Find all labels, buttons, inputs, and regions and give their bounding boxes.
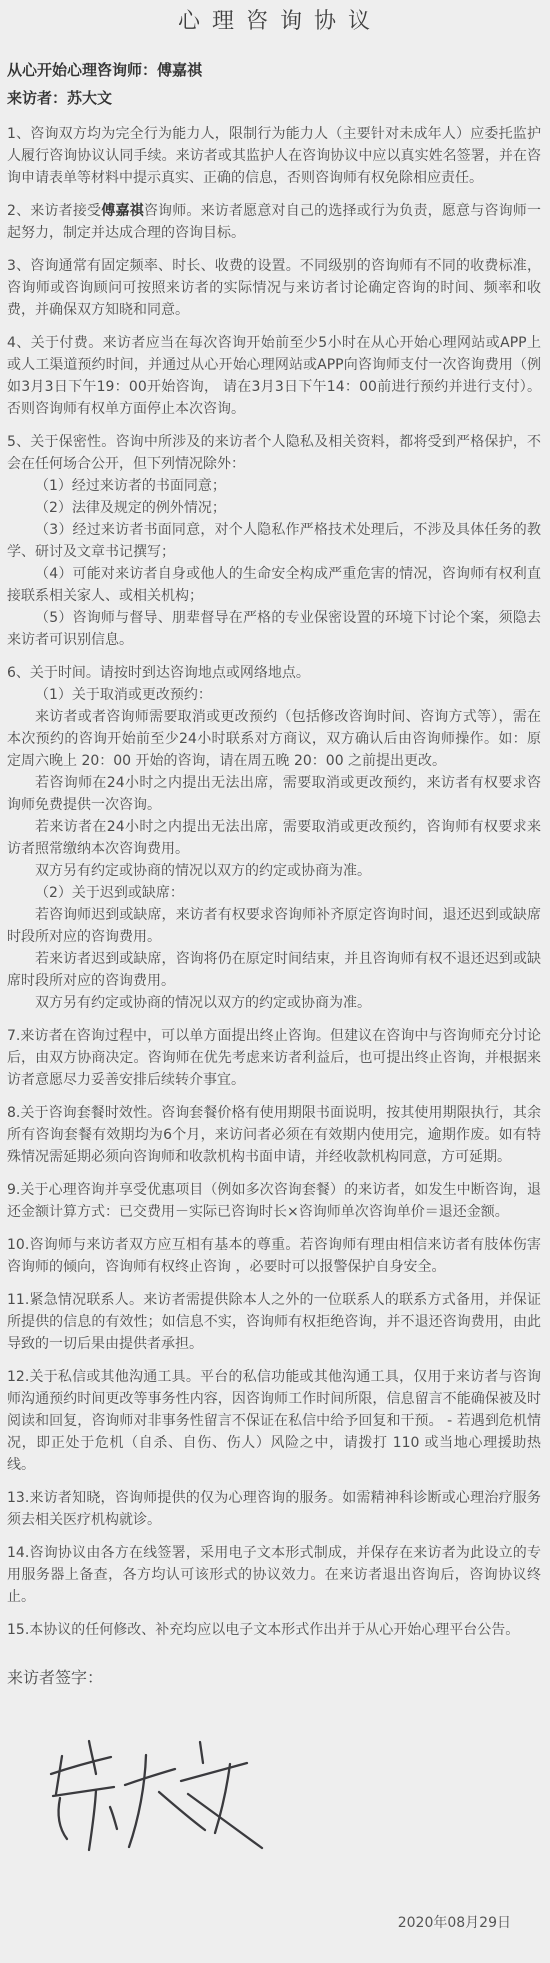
term-paragraph: 4、关于付费。来访者应当在每次咨询开始前至少5小时在从心开始心理网站或APP上或… (7, 332, 541, 420)
term-paragraph: 6、关于时间。请按时到达咨询地点或网络地点。 (7, 662, 541, 684)
visitor-label: 来访者： (7, 89, 67, 107)
visitor-signature-area (29, 1717, 309, 1877)
term-paragraph: 5、关于保密性。咨询中所涉及的来访者个人隐私及相关资料，都将受到严格保护，不会在… (7, 431, 541, 475)
signature-stroke (188, 1794, 262, 1848)
term-text: 7.来访者在咨询过程中，可以单方面提出终止咨询。但建议在咨询中与咨询师充分讨论后… (7, 1028, 541, 1088)
term-text: （5）咨询师与督导、朋辈督导在严格的专业保密设置的环境下讨论个案，须隐去来访者可… (7, 610, 541, 648)
term-text: 14.咨询协议由各方在线签署，采用电子文本形式制成，并保存在来访者为此设立的专用… (7, 1545, 541, 1605)
term-text: 2、来访者接受 (7, 203, 101, 219)
term-paragraph: （5）咨询师与督导、朋辈督导在严格的专业保密设置的环境下讨论个案，须隐去来访者可… (7, 607, 541, 651)
agreement-date: 2020年08月29日 (7, 1913, 541, 1933)
term-paragraph: 1、咨询双方均为完全行为能力人，限制行为能力人（主要针对未成年人）应委托监护人履… (7, 123, 541, 189)
term-text: （3）经过来访者书面同意，对个人隐私作严格技术处理后，不涉及具体任务的教学、研讨… (7, 522, 541, 560)
signature-stroke (89, 1790, 96, 1850)
term-text: 来访者或者咨询师需要取消或更改预约（包括修改咨询时间、咨询方式等），需在本次预约… (7, 709, 541, 769)
term-paragraph: 若咨询师迟到或缺席，来访者有权要求咨询师补齐原定咨询时间，退还迟到或缺席时段所对… (7, 904, 541, 948)
term-paragraph: 15.本协议的任何修改、补充均应以电子文本形式作出并于从心开始心理平台公告。 (7, 1619, 541, 1641)
term-text: 双方另有约定或协商的情况以双方的约定或协商为准。 (35, 863, 371, 879)
term-paragraph: 若咨询师在24小时之内提出无法出席，需要取消或更改预约，来访者有权要求咨询师免费… (7, 772, 541, 816)
term-paragraph: 10.咨询师与来访者双方应互相有基本的尊重。若咨询师有理由相信来访者有肢体伤害咨… (7, 1234, 541, 1278)
signature-stroke (125, 1769, 175, 1785)
term-paragraph: （1）经过来访者的书面同意； (7, 475, 541, 497)
term-paragraph: 11.紧急情况联系人。来访者需提供除本人之外的一位联系人的联系方式备用，并保证所… (7, 1289, 541, 1355)
signature-stroke (181, 1763, 247, 1781)
counselor-name: 傅嘉祺 (157, 61, 202, 79)
term-paragraph: 2、来访者接受傅嘉祺咨询师。来访者愿意对自己的选择或行为负责，愿意与咨询师一起努… (7, 200, 541, 244)
term-bold-text: 傅嘉祺 (101, 203, 144, 219)
term-text: 6、关于时间。请按时到达咨询地点或网络地点。 (7, 665, 310, 681)
visitor-signature-drawing (29, 1717, 309, 1877)
terms-list: 1、咨询双方均为完全行为能力人，限制行为能力人（主要针对未成年人）应委托监护人履… (7, 123, 541, 1641)
term-text: （2）法律及规定的例外情况； (35, 500, 226, 516)
term-paragraph: 双方另有约定或协商的情况以双方的约定或协商为准。 (7, 860, 541, 882)
counselor-line: 从心开始心理咨询师：傅嘉祺 (7, 56, 541, 84)
term-text: 若来访者在24小时之内提出无法出席，需要取消或更改预约，咨询师有权要求来访者照常… (7, 819, 541, 857)
term-paragraph: 12.关于私信或其他沟通工具。平台的私信功能或其他沟通工具，仅用于来访者与咨询师… (7, 1366, 541, 1476)
term-text: 5、关于保密性。咨询中所涉及的来访者个人隐私及相关资料，都将受到严格保护，不会在… (7, 434, 541, 472)
visitor-name: 苏大文 (67, 89, 112, 107)
signature-stroke (159, 1792, 205, 1830)
term-text: （1）经过来访者的书面同意； (35, 478, 226, 494)
term-paragraph: 若来访者在24小时之内提出无法出席，需要取消或更改预约，咨询师有权要求来访者照常… (7, 816, 541, 860)
signature-stroke (58, 1798, 67, 1839)
signature-stroke (129, 1755, 146, 1847)
term-text: 13.来访者知晓，咨询师提供的仅为心理咨询的服务。如需精神科诊断或心理治疗服务须… (7, 1490, 541, 1528)
term-paragraph: 双方另有约定或协商的情况以双方的约定或协商为准。 (7, 992, 541, 1014)
term-paragraph: 13.来访者知晓，咨询师提供的仅为心理咨询的服务。如需精神科诊断或心理治疗服务须… (7, 1487, 541, 1531)
term-text: 1、咨询双方均为完全行为能力人，限制行为能力人（主要针对未成年人）应委托监护人履… (7, 126, 541, 186)
term-text: 8.关于咨询套餐时效性。咨询套餐价格有使用期限书面说明，按其使用期限执行，其余所… (7, 1105, 541, 1165)
counselor-label: 从心开始心理咨询师： (7, 61, 157, 79)
term-text: 双方另有约定或协商的情况以双方的约定或协商为准。 (35, 995, 371, 1011)
term-text: 9.关于心理咨询并享受优惠项目（例如多次咨询套餐）的来访者，如发生中断咨询，退还… (7, 1182, 541, 1220)
term-paragraph: （4）可能对来访者自身或他人的生命安全构成严重危害的情况，咨询师有权利直接联系相… (7, 563, 541, 607)
signature-stroke (53, 1787, 114, 1796)
term-paragraph: （1）关于取消或更改预约： (7, 684, 541, 706)
signature-stroke (89, 1741, 96, 1774)
term-text: 3、咨询通常有固定频率、时长、收费的设置。不同级别的咨询师有不同的收费标准，咨询… (7, 258, 541, 318)
term-paragraph: 7.来访者在咨询过程中，可以单方面提出终止咨询。但建议在咨询中与咨询师充分讨论后… (7, 1025, 541, 1091)
term-paragraph: 8.关于咨询套餐时效性。咨询套餐价格有使用期限书面说明，按其使用期限执行，其余所… (7, 1102, 541, 1168)
agreement-document: 心理咨询协议 从心开始心理咨询师：傅嘉祺 来访者：苏大文 1、咨询双方均为完全行… (0, 0, 550, 1963)
page-title: 心理咨询协议 (7, 8, 541, 36)
term-text: 12.关于私信或其他沟通工具。平台的私信功能或其他沟通工具，仅用于来访者与咨询师… (7, 1369, 541, 1473)
term-text: 若来访者迟到或缺席，咨询将仍在原定时间结束，并且咨询师有权不退还迟到或缺席时段所… (7, 951, 541, 989)
visitor-signature-label: 来访者签字： (7, 1667, 541, 1689)
signature-stroke (56, 1756, 62, 1794)
term-paragraph: 14.咨询协议由各方在线签署，采用电子文本形式制成，并保存在来访者为此设立的专用… (7, 1542, 541, 1608)
term-paragraph: 来访者或者咨询师需要取消或更改预约（包括修改咨询时间、咨询方式等），需在本次预约… (7, 706, 541, 772)
term-text: 15.本协议的任何修改、补充均应以电子文本形式作出并于从心开始心理平台公告。 (7, 1622, 519, 1638)
term-text: （1）关于取消或更改预约： (35, 687, 212, 703)
term-paragraph: （2）法律及规定的例外情况； (7, 497, 541, 519)
signature-stroke (110, 1807, 117, 1829)
term-paragraph: （2）关于迟到或缺席： (7, 882, 541, 904)
term-text: 10.咨询师与来访者双方应互相有基本的尊重。若咨询师有理由相信来访者有肢体伤害咨… (7, 1237, 541, 1275)
signature-stroke (200, 1742, 203, 1763)
term-text: 若咨询师在24小时之内提出无法出席，需要取消或更改预约，来访者有权要求咨询师免费… (7, 775, 541, 813)
term-text: 11.紧急情况联系人。来访者需提供除本人之外的一位联系人的联系方式备用，并保证所… (7, 1292, 541, 1352)
agreement-page: { "title": "心理咨询协议", "header": { "counse… (0, 0, 550, 1963)
visitor-line: 来访者：苏大文 (7, 84, 541, 112)
term-text: 若咨询师迟到或缺席，来访者有权要求咨询师补齐原定咨询时间，退还迟到或缺席时段所对… (7, 907, 541, 945)
term-text: （2）关于迟到或缺席： (35, 885, 184, 901)
term-paragraph: 若来访者迟到或缺席，咨询将仍在原定时间结束，并且咨询师有权不退还迟到或缺席时段所… (7, 948, 541, 992)
term-paragraph: 3、咨询通常有固定频率、时长、收费的设置。不同级别的咨询师有不同的收费标准，咨询… (7, 255, 541, 321)
term-text: （4）可能对来访者自身或他人的生命安全构成严重危害的情况，咨询师有权利直接联系相… (7, 566, 541, 604)
term-text: 4、关于付费。来访者应当在每次咨询开始前至少5小时在从心开始心理网站或APP上或… (7, 335, 541, 417)
term-paragraph: （3）经过来访者书面同意，对个人隐私作严格技术处理后，不涉及具体任务的教学、研讨… (7, 519, 541, 563)
term-paragraph: 9.关于心理咨询并享受优惠项目（例如多次咨询套餐）的来访者，如发生中断咨询，退还… (7, 1179, 541, 1223)
